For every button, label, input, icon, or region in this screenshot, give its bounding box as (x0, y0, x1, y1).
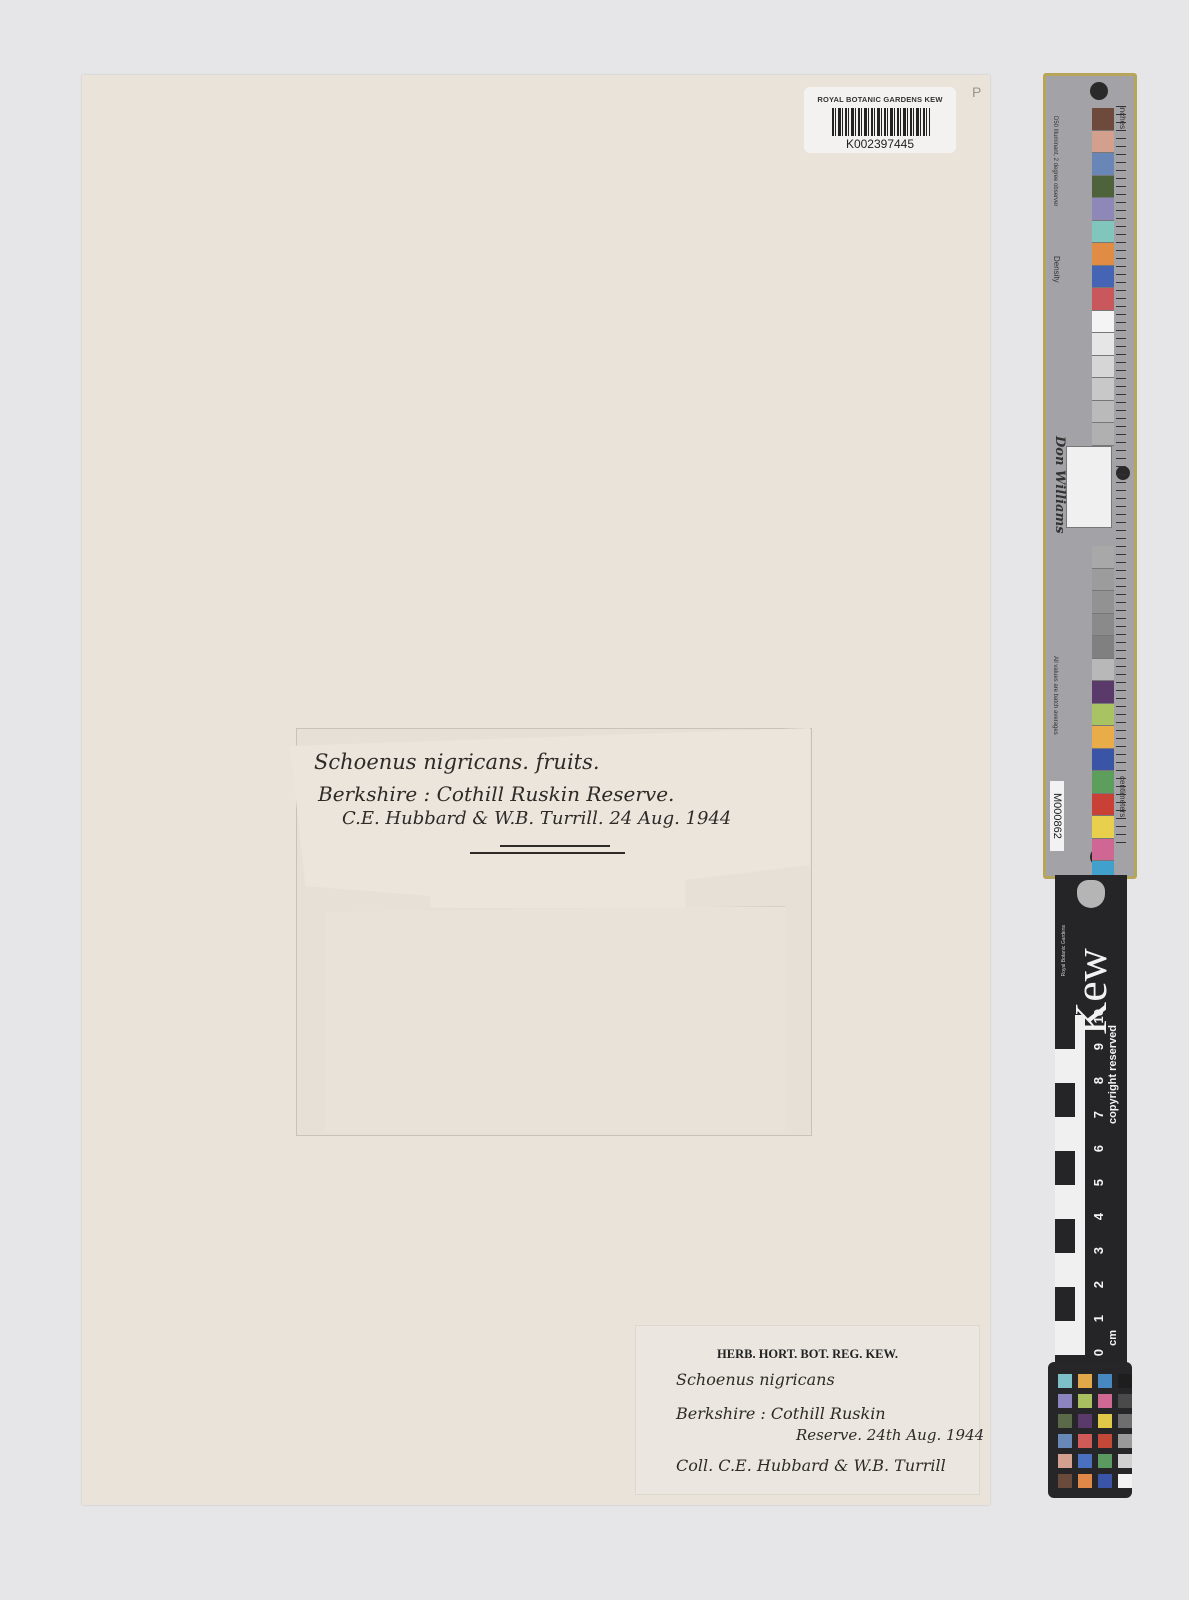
checker-square (1118, 1474, 1132, 1488)
envelope-species-note: Schoenus nigricans. fruits. (314, 750, 600, 774)
kew-scale-bar: Kew Royal Botanic Gardens 012345678910 c… (1055, 875, 1127, 1363)
color-patch (1092, 356, 1114, 379)
checker-square (1118, 1394, 1132, 1408)
color-patch (1092, 401, 1114, 424)
color-patch (1092, 221, 1114, 244)
color-patch (1092, 176, 1114, 199)
color-checker-card (1048, 1362, 1132, 1498)
scale-block (1055, 1287, 1075, 1321)
color-patch (1092, 288, 1114, 311)
color-patch (1092, 378, 1114, 401)
ruler-ticks (1116, 106, 1126, 846)
scale-block (1055, 1219, 1075, 1253)
color-patch (1092, 614, 1114, 637)
color-checker-grid (1058, 1374, 1132, 1488)
color-patch (1092, 266, 1114, 289)
sheet-corner-mark: P (972, 84, 981, 100)
checker-square (1098, 1454, 1112, 1468)
color-patch (1092, 749, 1114, 772)
envelope-collector-note: C.E. Hubbard & W.B. Turrill. 24 Aug. 194… (342, 808, 731, 829)
density-label: Density (1052, 256, 1061, 283)
checker-square (1118, 1454, 1132, 1468)
cm-number: 6 (1091, 1145, 1106, 1152)
checker-square (1078, 1434, 1092, 1448)
ruler-brand: Don Williams (1052, 436, 1067, 534)
inches-label: inches (1118, 106, 1127, 129)
illuminant-note: D50 Illuminant, 2 degree observer (1052, 116, 1058, 206)
checker-square (1058, 1374, 1072, 1388)
checker-square (1078, 1374, 1092, 1388)
envelope-front-panel (325, 906, 785, 1132)
specimen-envelope: Schoenus nigricans. fruits. Berkshire : … (290, 728, 820, 1136)
kew-subtitle: Royal Botanic Gardens (1061, 925, 1067, 976)
cm-number: 9 (1091, 1043, 1106, 1050)
color-patch (1092, 546, 1114, 569)
label-locality-date: Reserve. 24th Aug. 1944 (796, 1426, 984, 1444)
color-patch (1092, 569, 1114, 592)
checker-square (1118, 1434, 1132, 1448)
herbarium-label-title: HERB. HORT. BOT. REG. KEW. (636, 1347, 979, 1362)
cm-number: 3 (1091, 1247, 1106, 1254)
barcode-number: K002397445 (804, 137, 956, 151)
checker-square (1098, 1374, 1112, 1388)
color-patch (1092, 816, 1114, 839)
cm-number: 0 (1091, 1349, 1106, 1356)
envelope-underline (500, 845, 610, 847)
checker-square (1058, 1414, 1072, 1428)
envelope-locality-note: Berkshire : Cothill Ruskin Reserve. (318, 782, 674, 806)
color-patch (1092, 591, 1114, 614)
color-patch (1092, 198, 1114, 221)
label-locality: Berkshire : Cothill Ruskin (676, 1404, 886, 1423)
color-patch-strip (1092, 108, 1114, 446)
color-patch (1092, 108, 1114, 131)
cm-scale (1055, 1015, 1085, 1355)
scale-block (1055, 1083, 1075, 1117)
color-patch (1092, 153, 1114, 176)
cm-number: 7 (1091, 1111, 1106, 1118)
batch-note: All values are batch averages (1052, 656, 1058, 735)
ruler-id: M000862 (1050, 781, 1064, 851)
color-patch (1092, 311, 1114, 334)
cm-number: 10 (1091, 1009, 1106, 1023)
checker-square (1078, 1394, 1092, 1408)
color-patch (1092, 423, 1114, 446)
cm-number: 2 (1091, 1281, 1106, 1288)
color-patch (1092, 726, 1114, 749)
institution-name: ROYAL BOTANIC GARDENS KEW (804, 95, 956, 104)
checker-square (1078, 1414, 1092, 1428)
cm-number: 5 (1091, 1179, 1106, 1186)
checker-square (1098, 1434, 1112, 1448)
scale-block (1055, 1151, 1075, 1185)
checker-square (1098, 1394, 1112, 1408)
scale-block (1055, 1015, 1075, 1049)
label-species: Schoenus nigricans (676, 1370, 835, 1389)
color-patch (1092, 636, 1114, 659)
reference-card (1066, 446, 1112, 528)
checker-square (1078, 1454, 1092, 1468)
checker-square (1058, 1454, 1072, 1468)
color-patch (1092, 704, 1114, 727)
checker-square (1098, 1414, 1112, 1428)
barcode-icon (832, 108, 930, 136)
cm-number: 8 (1091, 1077, 1106, 1084)
color-patch (1092, 771, 1114, 794)
envelope-underline (470, 852, 625, 854)
color-calibration-ruler: inches centimeters D50 Illuminant, 2 deg… (1043, 73, 1137, 879)
checker-square (1098, 1474, 1112, 1488)
color-patch (1092, 243, 1114, 266)
color-patch (1092, 839, 1114, 862)
cm-unit-label: cm (1107, 1330, 1119, 1346)
color-patch (1092, 681, 1114, 704)
checker-square (1078, 1474, 1092, 1488)
color-patch (1092, 659, 1114, 682)
barcode-label: ROYAL BOTANIC GARDENS KEW K002397445 (804, 87, 956, 153)
cm-number: 4 (1091, 1213, 1106, 1220)
label-collectors: Coll. C.E. Hubbard & W.B. Turrill (676, 1456, 946, 1475)
color-patch-strip-lower (1092, 546, 1114, 884)
checker-square (1118, 1414, 1132, 1428)
checker-square (1058, 1474, 1072, 1488)
color-patch (1092, 333, 1114, 356)
copyright-text: copyright reserved (1107, 1025, 1119, 1124)
checker-square (1058, 1434, 1072, 1448)
herbarium-label: HERB. HORT. BOT. REG. KEW. Schoenus nigr… (635, 1325, 980, 1495)
color-patch (1092, 794, 1114, 817)
checker-square (1058, 1394, 1072, 1408)
checker-square (1118, 1374, 1132, 1388)
color-patch (1092, 131, 1114, 154)
centimeters-label: centimeters (1118, 776, 1127, 817)
ruler-hole-icon (1090, 82, 1108, 100)
kew-crest-icon (1077, 880, 1105, 908)
cm-number: 1 (1091, 1315, 1106, 1322)
